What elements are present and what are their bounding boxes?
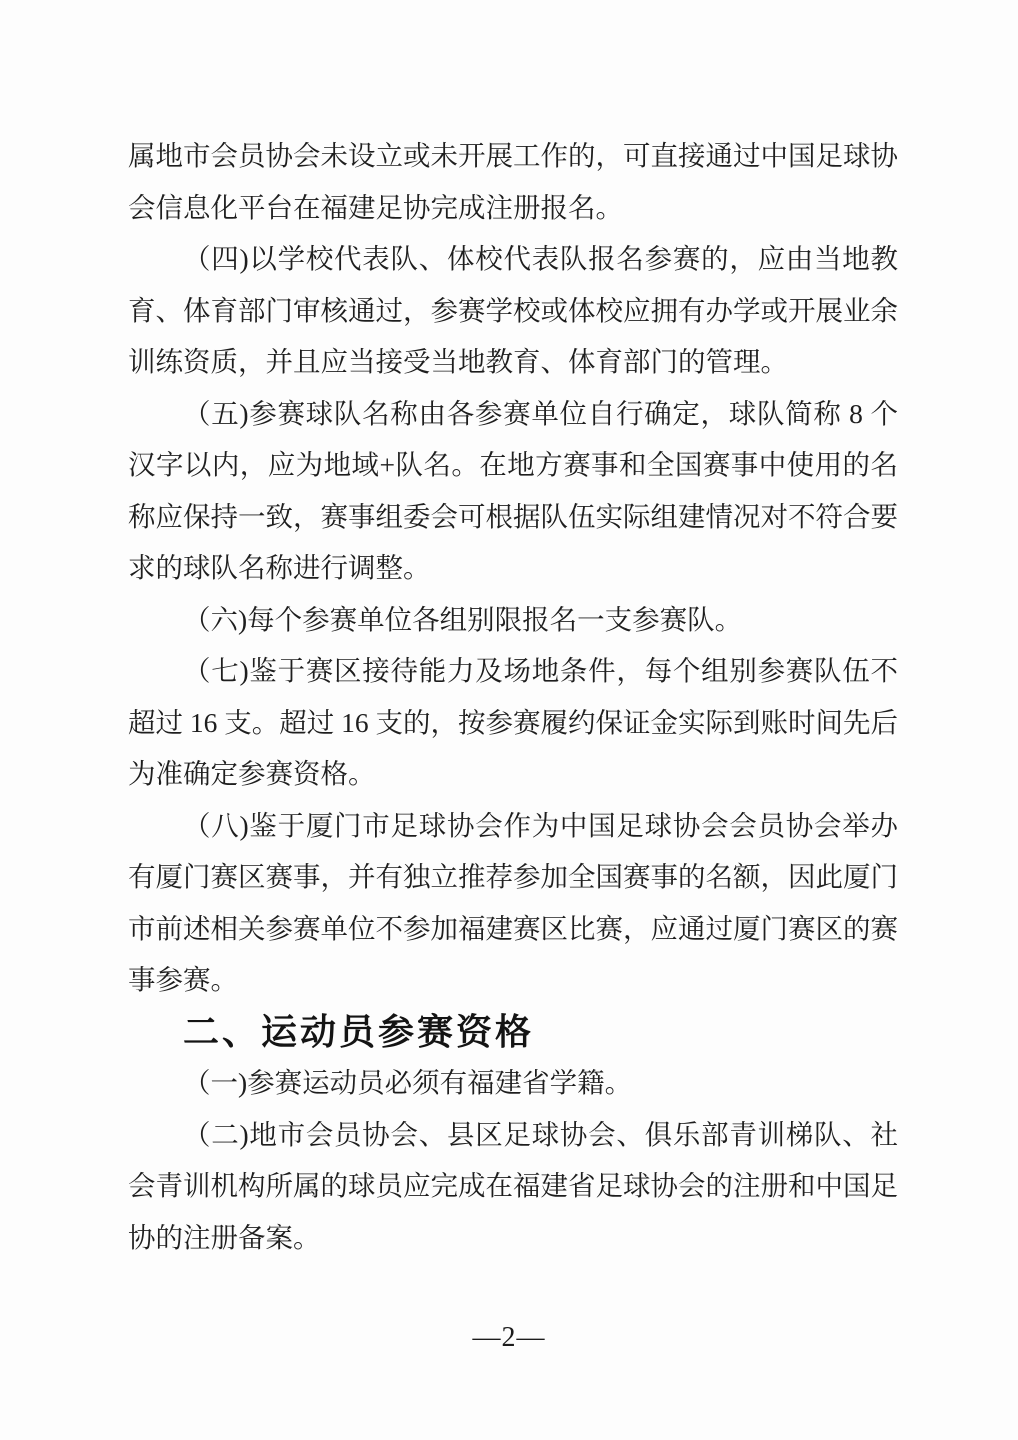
doc-line: 求的球队名称进行调整。	[128, 542, 898, 594]
doc-line: 超过 16 支。超过 16 支的，按参赛履约保证金实际到账时间先后	[128, 697, 898, 749]
document-text-block: 属地市会员协会未设立或未开展工作的，可直接通过中国足球协 会信息化平台在福建足协…	[128, 130, 898, 1263]
doc-line: 属地市会员协会未设立或未开展工作的，可直接通过中国足球协	[128, 130, 898, 182]
doc-line: （七)鉴于赛区接待能力及场地条件，每个组别参赛队伍不	[128, 645, 898, 697]
doc-line: （八)鉴于厦门市足球协会作为中国足球协会会员协会举办	[128, 800, 898, 852]
doc-line: （二)地市会员协会、县区足球协会、俱乐部青训梯队、社	[128, 1109, 898, 1161]
section-heading: 二、运动员参赛资格	[128, 1006, 898, 1058]
doc-line: 有厦门赛区赛事，并有独立推荐参加全国赛事的名额，因此厦门	[128, 851, 898, 903]
doc-line: 会青训机构所属的球员应完成在福建省足球协会的注册和中国足	[128, 1160, 898, 1212]
doc-line: （四)以学校代表队、体校代表队报名参赛的，应由当地教	[128, 233, 898, 285]
doc-line: （一)参赛运动员必须有福建省学籍。	[128, 1057, 898, 1109]
doc-line: 称应保持一致，赛事组委会可根据队伍实际组建情况对不符合要	[128, 491, 898, 543]
page-number: —2—	[0, 1322, 1018, 1354]
doc-line: 汉字以内，应为地域+队名。在地方赛事和全国赛事中使用的名	[128, 439, 898, 491]
doc-line: 为准确定参赛资格。	[128, 748, 898, 800]
doc-line: （六)每个参赛单位各组别限报名一支参赛队。	[128, 594, 898, 646]
doc-line: （五)参赛球队名称由各参赛单位自行确定，球队简称 8 个	[128, 388, 898, 440]
doc-line: 育、体育部门审核通过，参赛学校或体校应拥有办学或开展业余	[128, 285, 898, 337]
doc-line: 协的注册备案。	[128, 1212, 898, 1264]
doc-line: 训练资质，并且应当接受当地教育、体育部门的管理。	[128, 336, 898, 388]
doc-line: 市前述相关参赛单位不参加福建赛区比赛，应通过厦门赛区的赛	[128, 903, 898, 955]
document-page: 属地市会员协会未设立或未开展工作的，可直接通过中国足球协 会信息化平台在福建足协…	[0, 0, 1018, 1440]
doc-line: 会信息化平台在福建足协完成注册报名。	[128, 182, 898, 234]
doc-line: 事参赛。	[128, 954, 898, 1006]
